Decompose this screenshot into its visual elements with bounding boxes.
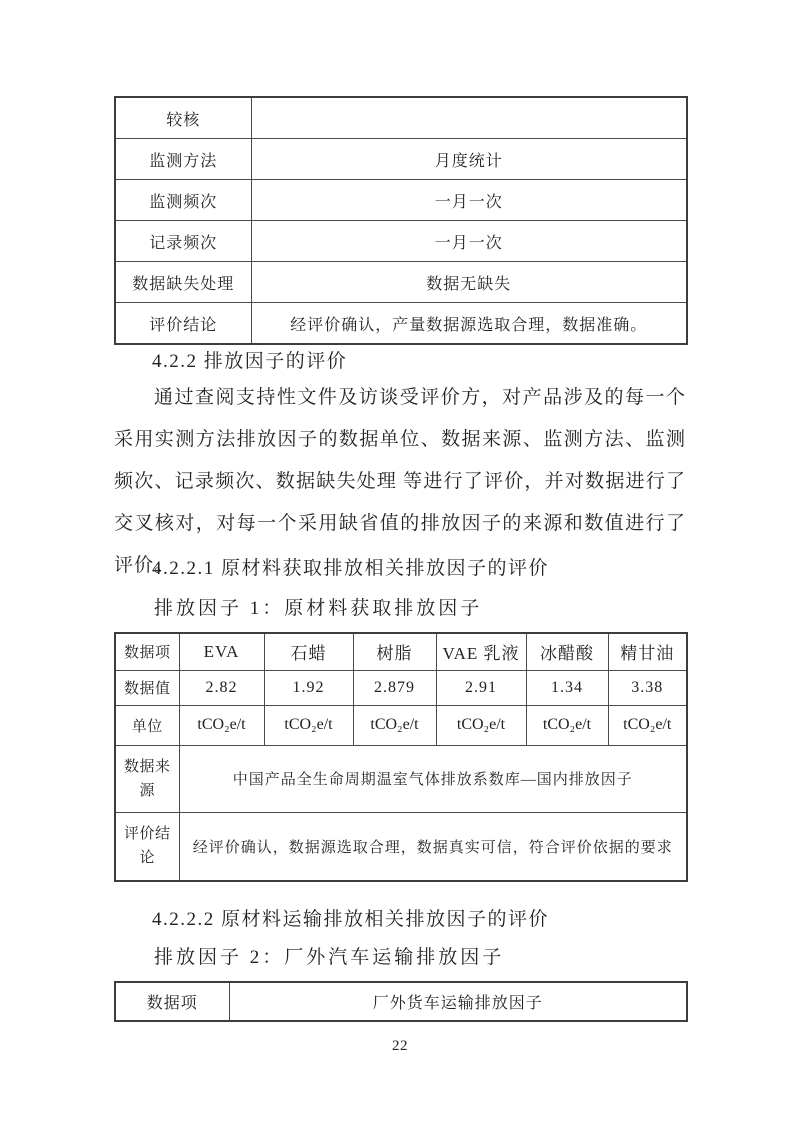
row-value-cell: 数据无缺失	[251, 262, 687, 303]
data-source-cell: 中国产品全生命周期温室气体排放系数库—国内排放因子	[179, 745, 687, 812]
row-value-cell	[251, 97, 687, 139]
factor2-table: 数据项 厂外货车运输排放因子	[114, 981, 688, 1022]
conclusion-cell: 经评价确认，数据源选取合理，数据真实可信，符合评价依据的要求	[179, 812, 687, 881]
value-cell: 3.38	[608, 670, 687, 705]
item-cell: 树脂	[353, 633, 436, 670]
table-row: 单位 tCO₂e/t tCO₂e/t tCO₂e/t tCO₂e/t tCO₂e…	[115, 705, 687, 745]
row-label-cell: 评价结 论	[115, 812, 179, 881]
unit-cell: tCO₂e/t	[264, 705, 353, 745]
table-row: 数据项 EVA 石蜡 树脂 VAE 乳液 冰醋酸 精甘油	[115, 633, 687, 670]
item-cell: 冰醋酸	[526, 633, 608, 670]
value-cell: 1.34	[526, 670, 608, 705]
row-label-cell: 评价结论	[115, 303, 251, 345]
table-row: 记录频次 一月一次	[115, 221, 687, 262]
row-label-cell: 数据来 源	[115, 745, 179, 812]
item-cell: EVA	[179, 633, 264, 670]
page-number: 22	[0, 1038, 800, 1055]
section-heading-4-2-2-2: 4.2.2.2 原材料运输排放相关排放因子的评价	[114, 908, 686, 932]
table-row: 监测方法 月度统计	[115, 139, 687, 180]
monitoring-info-table: 较核 监测方法 月度统计 监测频次 一月一次 记录频次 一月一次 数据缺失处理 …	[114, 96, 688, 345]
value-cell: 2.82	[179, 670, 264, 705]
row-value-cell: 一月一次	[251, 221, 687, 262]
row-label-line: 数据来	[120, 755, 175, 779]
unit-cell: tCO₂e/t	[526, 705, 608, 745]
factor1-caption: 排放因子 1：原材料获取排放因子	[114, 597, 686, 621]
item-cell: 精甘油	[608, 633, 687, 670]
row-label-cell: 数据缺失处理	[115, 262, 251, 303]
evaluation-paragraph: 通过查阅支持性文件及访谈受评价方，对产品涉及的每一个采用实测方法排放因子的数据单…	[114, 377, 686, 587]
row-label-line: 源	[120, 779, 175, 803]
row-value-cell: 经评价确认，产量数据源选取合理，数据准确。	[251, 303, 687, 345]
row-label-cell: 数据项	[115, 633, 179, 670]
table-row: 数据项 厂外货车运输排放因子	[115, 982, 687, 1021]
row-value-cell: 厂外货车运输排放因子	[229, 982, 687, 1021]
document-page: 较核 监测方法 月度统计 监测频次 一月一次 记录频次 一月一次 数据缺失处理 …	[0, 0, 800, 1131]
factor1-table: 数据项 EVA 石蜡 树脂 VAE 乳液 冰醋酸 精甘油 数据值 2.82 1.…	[114, 632, 688, 882]
row-label-line: 论	[120, 846, 175, 870]
table-row: 评价结 论 经评价确认，数据源选取合理，数据真实可信，符合评价依据的要求	[115, 812, 687, 881]
unit-cell: tCO₂e/t	[179, 705, 264, 745]
value-cell: 1.92	[264, 670, 353, 705]
unit-cell: tCO₂e/t	[353, 705, 436, 745]
row-label-cell: 数据值	[115, 670, 179, 705]
row-label-line: 评价结	[120, 822, 175, 846]
row-label-cell: 数据项	[115, 982, 229, 1021]
table-row: 评价结论 经评价确认，产量数据源选取合理，数据准确。	[115, 303, 687, 345]
table-row: 数据来 源 中国产品全生命周期温室气体排放系数库—国内排放因子	[115, 745, 687, 812]
factor2-caption: 排放因子 2：厂外汽车运输排放因子	[114, 946, 686, 970]
value-cell: 2.879	[353, 670, 436, 705]
value-cell: 2.91	[436, 670, 526, 705]
row-value-cell: 月度统计	[251, 139, 687, 180]
row-label-cell: 监测频次	[115, 180, 251, 221]
row-value-cell: 一月一次	[251, 180, 687, 221]
item-cell: 石蜡	[264, 633, 353, 670]
table-row: 数据缺失处理 数据无缺失	[115, 262, 687, 303]
row-label-cell: 监测方法	[115, 139, 251, 180]
table-row: 数据值 2.82 1.92 2.879 2.91 1.34 3.38	[115, 670, 687, 705]
unit-cell: tCO₂e/t	[608, 705, 687, 745]
table-row: 较核	[115, 97, 687, 139]
unit-cell: tCO₂e/t	[436, 705, 526, 745]
row-label-cell: 记录频次	[115, 221, 251, 262]
section-heading-4-2-2: 4.2.2 排放因子的评价	[114, 350, 686, 374]
row-label-cell: 单位	[115, 705, 179, 745]
section-heading-4-2-2-1: 4.2.2.1 原材料获取排放相关排放因子的评价	[114, 557, 686, 581]
row-label-cell: 较核	[115, 97, 251, 139]
item-cell: VAE 乳液	[436, 633, 526, 670]
table-row: 监测频次 一月一次	[115, 180, 687, 221]
